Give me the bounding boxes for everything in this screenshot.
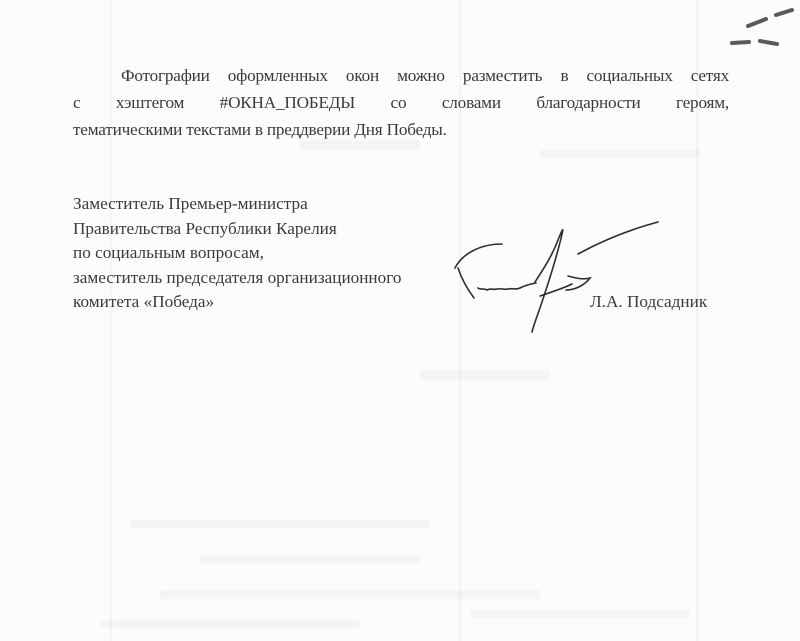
bleed-through-mark bbox=[470, 610, 690, 618]
body-paragraph: Фотографии оформленных окон можно размес… bbox=[73, 62, 729, 143]
bleed-through-mark bbox=[540, 150, 700, 158]
bleed-through-mark bbox=[100, 620, 360, 628]
paragraph-line: Фотографии оформленных окон можно размес… bbox=[73, 62, 729, 89]
signatory-title-line: заместитель председателя организационног… bbox=[73, 266, 401, 291]
signer-name: Л.А. Подсадник bbox=[590, 290, 707, 314]
signature-icon bbox=[440, 218, 670, 338]
bleed-through-mark bbox=[130, 520, 430, 528]
document-page: Фотографии оформленных окон можно размес… bbox=[0, 0, 800, 641]
signatory-title-line: Правительства Республики Карелия bbox=[73, 217, 401, 242]
signatory-title: Заместитель Премьер-министра Правительст… bbox=[73, 192, 401, 315]
paragraph-line: тематическими текстами в преддверии Дня … bbox=[73, 116, 729, 143]
signatory-title-line: комитета «Победа» bbox=[73, 290, 401, 315]
pen-marks-icon bbox=[700, 0, 800, 60]
signatory-title-line: по социальным вопросам, bbox=[73, 241, 401, 266]
bleed-through-mark bbox=[420, 370, 550, 380]
bleed-through-mark bbox=[200, 555, 420, 563]
paragraph-line: с хэштегом #ОКНА_ПОБЕДЫ со словами благо… bbox=[73, 89, 729, 116]
bleed-through-mark bbox=[160, 590, 540, 599]
signatory-title-line: Заместитель Премьер-министра bbox=[73, 192, 401, 217]
